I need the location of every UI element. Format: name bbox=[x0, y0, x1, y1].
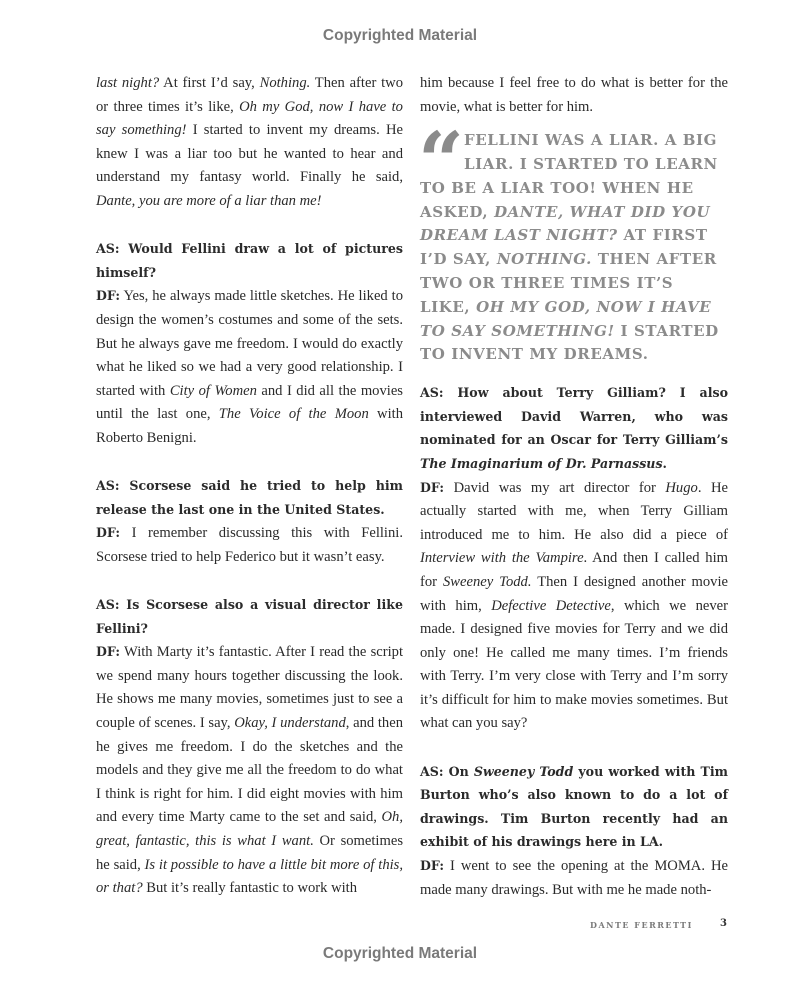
question: AS: Would Fellini draw a lot of pictures… bbox=[96, 237, 403, 284]
italic-text: The Voice of the Moon bbox=[219, 406, 369, 422]
text: At first I’d say, bbox=[159, 75, 259, 91]
italic-text: Okay, I understand bbox=[234, 715, 346, 731]
right-column: him because I feel free to do what is be… bbox=[420, 72, 728, 902]
speaker-label: DF: bbox=[96, 525, 120, 540]
copyright-watermark-top: Copyrighted Material bbox=[0, 27, 800, 45]
italic-text: NOTHING. bbox=[497, 250, 592, 268]
italic-text: Defective Detective bbox=[491, 598, 611, 614]
italic-text: Nothing. bbox=[260, 75, 311, 91]
answer: DF: I remember discussing this with Fell… bbox=[96, 521, 403, 569]
italic-text: Sweeney Todd bbox=[474, 764, 573, 779]
answer: DF: With Marty it’s fantastic. After I r… bbox=[96, 640, 403, 901]
paragraph-continued: him because I feel free to do what is be… bbox=[420, 72, 728, 119]
running-footer: DANTE FERRETTI bbox=[590, 920, 693, 930]
question: AS: How about Terry Gilliam? I also inte… bbox=[420, 381, 728, 475]
answer: DF: David was my art director for Hugo. … bbox=[420, 476, 728, 737]
italic-text: City of Women bbox=[170, 383, 257, 399]
text: , which we never made. I designed five m… bbox=[420, 598, 728, 732]
question: AS: Is Scorsese also a visual director l… bbox=[96, 593, 403, 640]
italic-text: Sweeney Todd. bbox=[443, 574, 532, 590]
speaker-label: DF: bbox=[420, 480, 444, 495]
page-number: 3 bbox=[720, 918, 727, 929]
text: AS: On bbox=[420, 764, 474, 779]
text: . bbox=[663, 456, 667, 471]
quote-mark-icon: “ bbox=[418, 131, 458, 175]
text: David was my art director for bbox=[444, 480, 665, 496]
italic-text: last night? bbox=[96, 75, 159, 91]
left-column: last night? At first I’d say, Nothing. T… bbox=[96, 72, 403, 901]
answer: DF: Yes, he always made little sketches.… bbox=[96, 284, 403, 450]
italic-text: Hugo bbox=[665, 480, 697, 496]
copyright-watermark-bottom: Copyrighted Material bbox=[0, 945, 800, 963]
italic-text: The Imaginarium of Dr. Parnassus bbox=[420, 456, 663, 471]
text: I remember discussing this with Fellini.… bbox=[96, 525, 403, 565]
speaker-label: DF: bbox=[420, 858, 444, 873]
speaker-label: DF: bbox=[96, 288, 120, 303]
paragraph-continued: last night? At first I’d say, Nothing. T… bbox=[96, 72, 403, 214]
answer: DF: I went to see the opening at the MOM… bbox=[420, 854, 728, 902]
italic-text: Dante, you are more of a liar than me! bbox=[96, 193, 322, 209]
speaker-label: DF: bbox=[96, 644, 120, 659]
text: But it’s really fantastic to work with bbox=[143, 880, 357, 896]
text: , and then he gives me freedom. I do the… bbox=[96, 715, 403, 825]
text: AS: How about Terry Gilliam? I also inte… bbox=[420, 385, 728, 447]
italic-text: Interview with the Vampire bbox=[420, 550, 584, 566]
question: AS: Scorsese said he tried to help him r… bbox=[96, 474, 403, 521]
text: I went to see the opening at the MOMA. H… bbox=[420, 858, 728, 898]
question: AS: On Sweeney Todd you worked with Tim … bbox=[420, 760, 728, 854]
pull-quote: “FELLINI WAS A LIAR. A BIG LIAR. I START… bbox=[420, 129, 728, 367]
